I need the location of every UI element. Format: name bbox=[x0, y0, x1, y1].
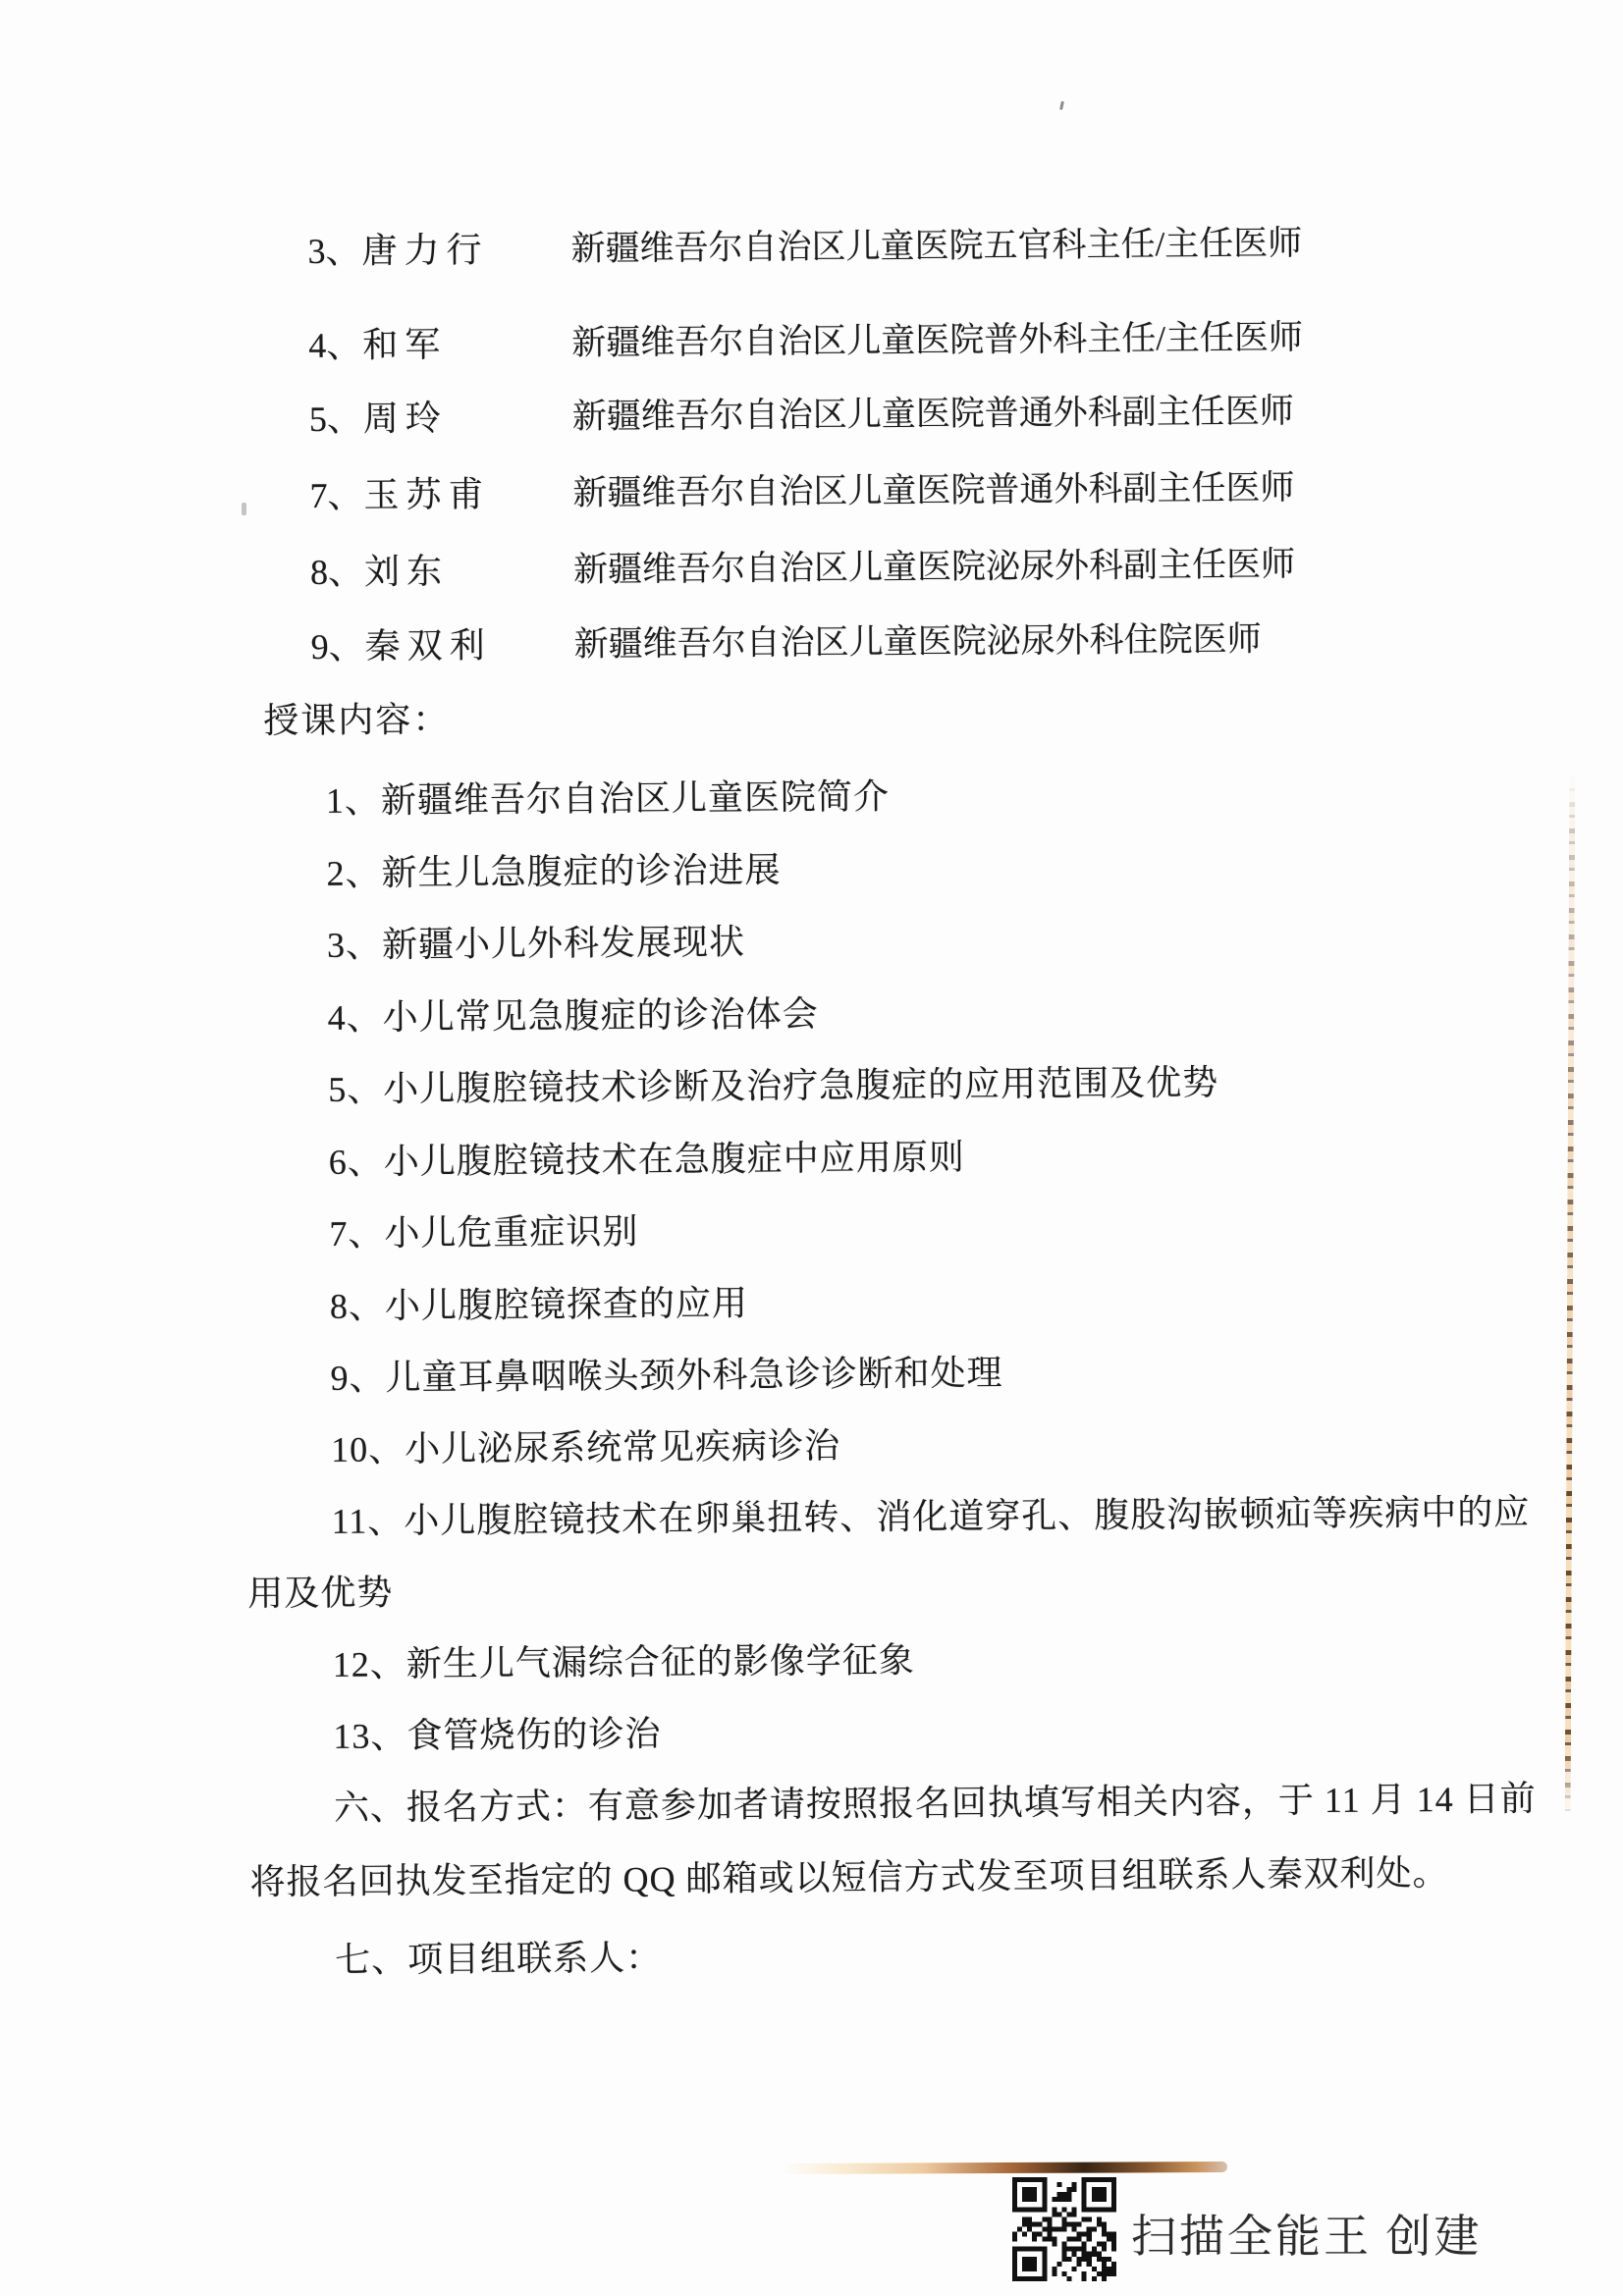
faculty-row: 8、 刘东 新疆维吾尔自治区儿童医院泌尿外科副主任医师 bbox=[0, 535, 1622, 593]
course-item-12: 12、新生儿气漏综合征的影像学征象 bbox=[333, 1632, 915, 1687]
faculty-name: 刘东 bbox=[364, 544, 449, 595]
course-item-5: 5、小儿腹腔镜技术诊断及治疗急腹症的应用范围及优势 bbox=[328, 1055, 1218, 1112]
faculty-number: 7、 bbox=[309, 468, 362, 518]
faculty-row: 9、 秦双利 新疆维吾尔自治区儿童医院泌尿外科住院医师 bbox=[0, 610, 1623, 667]
faculty-title: 新疆维吾尔自治区儿童医院普通外科副主任医师 bbox=[572, 384, 1294, 439]
faculty-title: 新疆维吾尔自治区儿童医院泌尿外科副主任医师 bbox=[573, 537, 1295, 592]
document-content: 3、 唐力行 新疆维吾尔自治区儿童医院五官科主任/主任医师 4、 和军 新疆维吾… bbox=[0, 0, 1623, 2296]
faculty-title: 新疆维吾尔自治区儿童医院泌尿外科住院医师 bbox=[573, 612, 1261, 666]
faculty-row: 5、 周玲 新疆维吾尔自治区儿童医院普通外科副主任医师 bbox=[0, 382, 1621, 440]
faculty-number: 8、 bbox=[310, 545, 363, 595]
faculty-number: 5、 bbox=[309, 392, 362, 442]
course-item-11: 11、小儿腹腔镜技术在卵巢扭转、消化道穿孔、腹股沟嵌顿疝等疾病中的应 bbox=[331, 1484, 1530, 1544]
faculty-title: 新疆维吾尔自治区儿童医院普通外科副主任医师 bbox=[572, 460, 1294, 515]
faculty-title: 新疆维吾尔自治区儿童医院普外科主任/主任医师 bbox=[571, 310, 1303, 365]
scan-edge-mark-artifact bbox=[242, 503, 246, 515]
faculty-name: 周玲 bbox=[363, 391, 448, 442]
faculty-name: 秦双利 bbox=[364, 618, 491, 669]
course-item-9: 9、儿童耳鼻咽喉头颈外科急诊诊断和处理 bbox=[330, 1346, 1002, 1401]
course-item-4: 4、小儿常见急腹症的诊治体会 bbox=[327, 987, 818, 1041]
scanned-document-page: 3、 唐力行 新疆维吾尔自治区儿童医院五官科主任/主任医师 4、 和军 新疆维吾… bbox=[0, 0, 1623, 2296]
registration-paragraph-line2: 将报名回执发至指定的 QQ 邮箱或以短信方式发至项目组联系人秦双利处。 bbox=[249, 1845, 1448, 1905]
faculty-number: 3、 bbox=[307, 224, 360, 274]
contact-heading: 七、项目组联系人： bbox=[335, 1930, 662, 1983]
faculty-row: 3、 唐力行 新疆维吾尔自治区儿童医院五官科主任/主任医师 bbox=[0, 214, 1620, 272]
course-item-10: 10、小儿泌尿系统常见疾病诊治 bbox=[331, 1418, 840, 1472]
faculty-name: 唐力行 bbox=[361, 223, 488, 274]
faculty-name: 和军 bbox=[362, 317, 447, 368]
faculty-title: 新疆维吾尔自治区儿童医院五官科主任/主任医师 bbox=[570, 216, 1302, 271]
course-item-2: 2、新生儿急腹症的诊治进展 bbox=[326, 842, 781, 896]
faculty-name: 玉苏甫 bbox=[363, 467, 490, 518]
course-item-1: 1、新疆维吾尔自治区儿童医院简介 bbox=[326, 769, 890, 824]
course-item-7: 7、小儿危重症识别 bbox=[329, 1203, 638, 1255]
faculty-number: 4、 bbox=[308, 318, 361, 368]
scanner-credit-text: 扫描全能王 创建 bbox=[1131, 2201, 1483, 2266]
course-item-11-continuation: 用及优势 bbox=[247, 1565, 393, 1616]
faculty-number: 9、 bbox=[310, 619, 363, 669]
qr-code-icon bbox=[1011, 2177, 1117, 2281]
course-content-heading: 授课内容： bbox=[263, 692, 450, 743]
course-item-3: 3、新疆小儿外科发展现状 bbox=[327, 915, 745, 968]
registration-paragraph-line1: 六、报名方式：有意参加者请按照报名回执填写相关内容，于 11 月 14 日前 bbox=[334, 1771, 1537, 1831]
scan-smudge-artifact bbox=[781, 2162, 1227, 2174]
faculty-row: 4、 和军 新疆维吾尔自治区儿童医院普外科主任/主任医师 bbox=[0, 308, 1620, 366]
course-item-13: 13、食管烧伤的诊治 bbox=[333, 1706, 661, 1759]
course-item-8: 8、小儿腹腔镜探查的应用 bbox=[330, 1276, 748, 1329]
course-item-6: 6、小儿腹腔镜技术在急腹症中应用原则 bbox=[329, 1130, 965, 1185]
